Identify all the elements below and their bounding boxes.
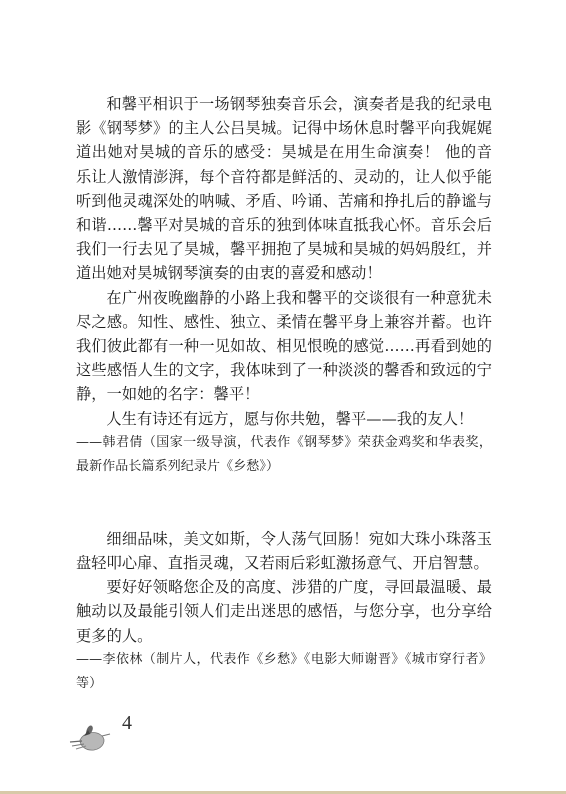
page-number: 4 [122, 712, 132, 735]
bird-illustration-icon [62, 718, 122, 758]
paragraph-4: 细细品味，美文如斯，令人荡气回肠！宛如大珠小珠落玉盘轻叩心扉、直指灵魂，又若雨后… [76, 527, 492, 575]
page-content: 和馨平相识于一场钢琴独奏音乐会，演奏者是我的纪录电影《钢琴梦》的主人公吕昊城。记… [76, 92, 492, 696]
page-folio: 4 [62, 712, 142, 752]
paragraph-5: 要好好领略您企及的高度、涉猎的广度，寻回最温暖、最触动以及最能引领人们走出迷思的… [76, 575, 492, 648]
attribution-han-junqian: ——韩君倩（国家一级导演，代表作《钢琴梦》荣获金鸡奖和华表奖，最新作品长篇系列纪… [76, 431, 492, 479]
section-gap [76, 479, 492, 527]
book-page: 和馨平相识于一场钢琴独奏音乐会，演奏者是我的纪录电影《钢琴梦》的主人公吕昊城。记… [0, 0, 566, 794]
paragraph-3: 人生有诗还有远方，愿与你共勉，馨平——我的友人！ [76, 407, 492, 431]
attribution-li-yilin: ——李依林（制片人，代表作《乡愁》《电影大师谢晋》《城市穿行者》等） [76, 648, 492, 696]
paragraph-1: 和馨平相识于一场钢琴独奏音乐会，演奏者是我的纪录电影《钢琴梦》的主人公吕昊城。记… [76, 92, 492, 286]
paragraph-2: 在广州夜晚幽静的小路上我和馨平的交谈很有一种意犹未尽之感。知性、感性、独立、柔情… [76, 286, 492, 407]
